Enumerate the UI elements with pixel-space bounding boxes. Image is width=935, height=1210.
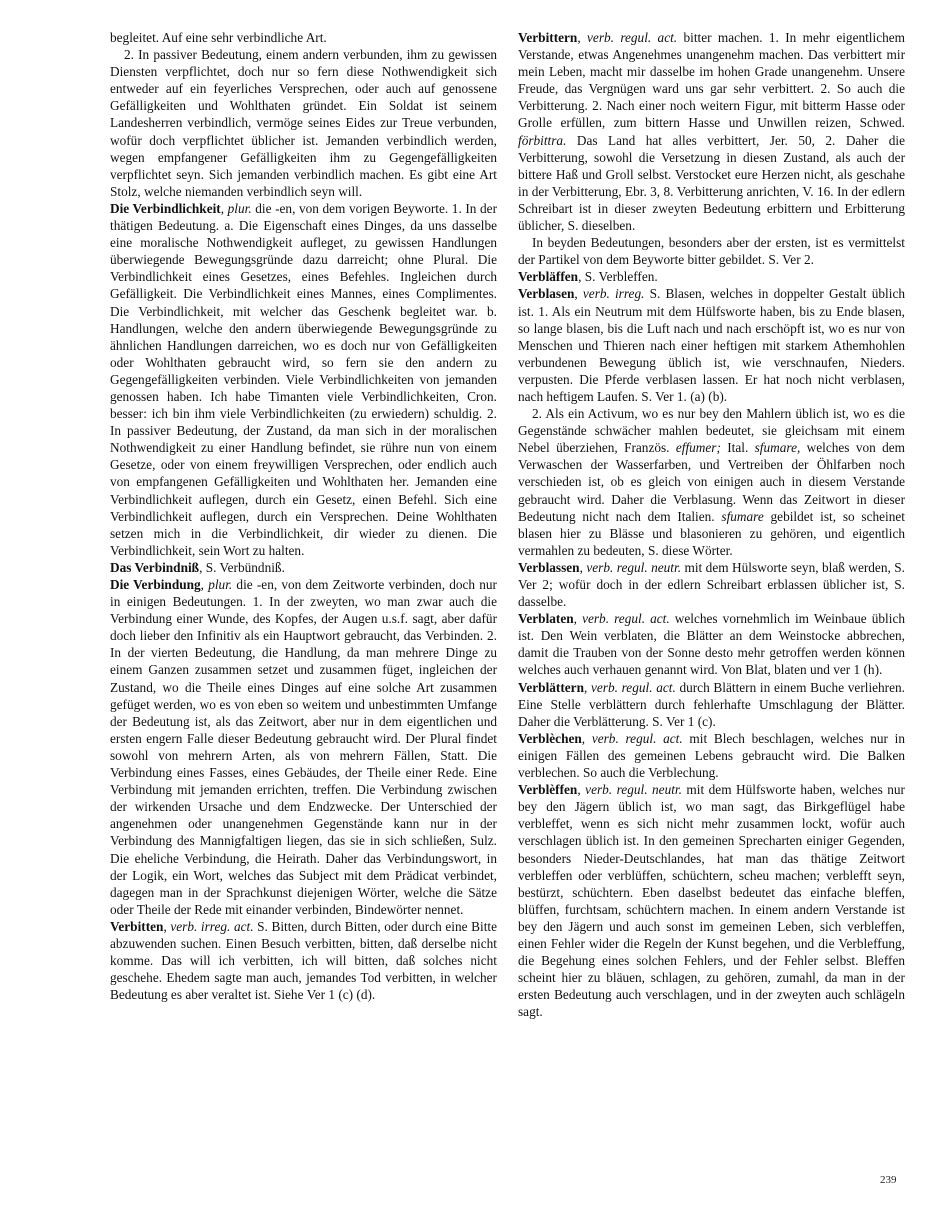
paragraph-text: In beyden Bedeutungen, besonders aber de… [518, 235, 905, 267]
headword: Verblaten [518, 611, 574, 626]
separator: , [578, 269, 585, 284]
foreign-word: sfumare, [755, 440, 801, 455]
grammar-label: verb. irreg. act. [170, 919, 253, 934]
grammar-label: verb. regul. act. [592, 731, 683, 746]
dictionary-entry-verblaten: Verblaten, verb. regul. act. welches vor… [518, 610, 905, 678]
continuation-paragraph: begleitet. Auf eine sehr verbindliche Ar… [110, 29, 497, 46]
headword: Die Verbindlichkeit [110, 201, 221, 216]
grammar-label: verb. regul. neutr. [586, 560, 681, 575]
dictionary-entry-verbindlichkeit: Die Verbindlichkeit, plur. die -en, von … [110, 200, 497, 559]
dictionary-entry-verblasen: Verblasen, verb. irreg. S. Blasen, welch… [518, 285, 905, 405]
dictionary-entry-verbindung: Die Verbindung, plur. die -en, von dem Z… [110, 576, 497, 918]
grammar-label: plur. [208, 577, 232, 592]
entry-body-continued: Das Land hat alles verbittert, Jer. 50, … [518, 133, 905, 233]
foreign-word: förbittra. [518, 133, 566, 148]
headword: Verblättern [518, 680, 584, 695]
separator: , [574, 286, 582, 301]
headword: Verbläffen [518, 269, 578, 284]
entry-body: S. Blasen, welches in doppelter Gestalt … [518, 286, 905, 404]
dictionary-entry-verbittern: Verbittern, verb. regul. act. bitter mac… [518, 29, 905, 234]
paragraph-text: begleitet. Auf eine sehr verbindliche Ar… [110, 30, 327, 45]
dictionary-entry-verblaettern: Verblättern, verb. regul. act. durch Blä… [518, 679, 905, 730]
headword: Die Verbindung [110, 577, 201, 592]
sense-paragraph: In beyden Bedeutungen, besonders aber de… [518, 234, 905, 268]
entry-body: die -en, von dem Zeitworte verbinden, do… [110, 577, 497, 917]
dictionary-entry-verblechen: Verblèchen, verb. regul. act. mit Blech … [518, 730, 905, 781]
entry-body: mit dem Hülfsworte haben, welches nur be… [518, 782, 905, 1019]
dictionary-entry-verblassen: Verblassen, verb. regul. neutr. mit dem … [518, 559, 905, 610]
headword: Verbitten [110, 919, 163, 934]
page-number: 239 [880, 1174, 897, 1186]
grammar-label: verb. regul. act. [582, 611, 670, 626]
grammar-label: verb. regul. act. [591, 680, 676, 695]
headword: Verbittern [518, 30, 577, 45]
headword: Verblèffen [518, 782, 577, 797]
separator: , [221, 201, 228, 216]
separator: , [199, 560, 206, 575]
headword: Verblasen [518, 286, 574, 301]
headword: Verblassen [518, 560, 580, 575]
dictionary-entry-verbitten: Verbitten, verb. irreg. act. S. Bitten, … [110, 918, 497, 1003]
text-run: Ital. [721, 440, 755, 455]
separator: , [582, 731, 592, 746]
headword: Verblèchen [518, 731, 582, 746]
paragraph-text: 2. In passiver Bedeutung, einem andern v… [110, 47, 497, 199]
entry-body: bitter machen. 1. In mehr eigentlichem V… [518, 30, 905, 130]
sense-paragraph: 2. In passiver Bedeutung, einem andern v… [110, 46, 497, 200]
grammar-label: plur. [228, 201, 252, 216]
entry-body: S. Verbleffen. [585, 269, 658, 284]
headword: Das Verbindniß [110, 560, 199, 575]
dictionary-entry-verblaeffen: Verbläffen, S. Verbleffen. [518, 268, 905, 285]
left-column: begleitet. Auf eine sehr verbindliche Ar… [110, 29, 497, 1003]
separator: , [574, 611, 582, 626]
foreign-word: effumer; [676, 440, 721, 455]
grammar-label: verb. regul. neutr. [585, 782, 682, 797]
grammar-label: verb. irreg. [583, 286, 645, 301]
sense-paragraph-activum: 2. Als ein Activum, wo es nur bey den Ma… [518, 405, 905, 559]
entry-body: die -en, von dem vorigen Beyworte. 1. In… [110, 201, 497, 558]
dictionary-entry-verbindniss: Das Verbindniß, S. Verbündniß. [110, 559, 497, 576]
separator: , [577, 30, 587, 45]
separator: , [577, 782, 585, 797]
entry-body: S. Verbündniß. [206, 560, 285, 575]
dictionary-entry-verbleffen: Verblèffen, verb. regul. neutr. mit dem … [518, 781, 905, 1020]
separator: , [584, 680, 591, 695]
foreign-word: sfumare [721, 509, 763, 524]
grammar-label: verb. regul. act. [587, 30, 677, 45]
right-column: Verbittern, verb. regul. act. bitter mac… [518, 29, 905, 1020]
